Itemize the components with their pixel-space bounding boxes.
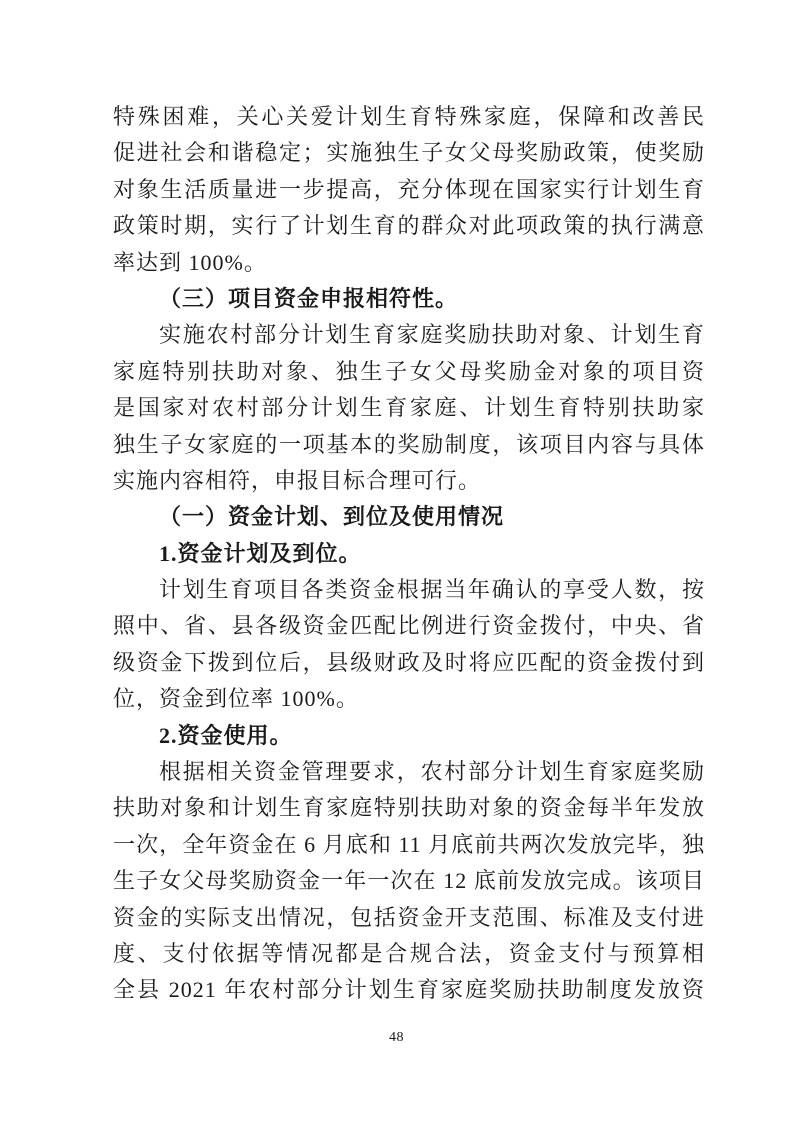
body-text-line: 根据相关资金管理要求，农村部分计划生育家庭奖励 [113,754,705,790]
body-text-line: 独生子女家庭的一项基本的奖励制度，该项目内容与具体 [113,427,705,463]
body-text-line: 家庭特别扶助对象、独生子女父母奖励金对象的项目资金， [113,354,705,390]
page-body: 特殊困难，关心关爱计划生育特殊家庭，保障和改善民生， 促进社会和谐稳定；实施独生… [113,99,705,1009]
body-text-line: 实施农村部分计划生育家庭奖励扶助对象、计划生育 [113,317,705,353]
body-text-line: 计划生育项目各类资金根据当年确认的享受人数，按 [113,572,705,608]
body-text-line: 是国家对农村部分计划生育家庭、计划生育特别扶助家庭、 [113,390,705,426]
body-text-line: 扶助对象和计划生育家庭特别扶助对象的资金每半年发放 [113,790,705,826]
body-text-line: 实施内容相符，申报目标合理可行。 [113,463,705,499]
body-text-line: 特殊困难，关心关爱计划生育特殊家庭，保障和改善民生， [113,99,705,135]
body-text-line: 对象生活质量进一步提高，充分体现在国家实行计划生育 [113,172,705,208]
body-text-line: 率达到 100%。 [113,245,705,281]
section-heading: （三）项目资金申报相符性。 [113,281,705,317]
body-text-line: 全县 2021 年农村部分计划生育家庭奖励扶助制度发放资 [113,972,705,1008]
document-page: 特殊困难，关心关爱计划生育特殊家庭，保障和改善民生， 促进社会和谐稳定；实施独生… [0,0,793,1122]
body-text-line: 促进社会和谐稳定；实施独生子女父母奖励政策，使奖励 [113,135,705,171]
body-text-line: 生子女父母奖励资金一年一次在 12 底前发放完成。该项目 [113,863,705,899]
section-heading: （一）资金计划、到位及使用情况 [113,499,705,535]
sub-heading: 2.资金使用。 [113,718,705,754]
body-text-line: 一次，全年资金在 6 月底和 11 月底前共两次发放完毕，独 [113,827,705,863]
page-number: 48 [0,1030,793,1046]
body-text-line: 度、支付依据等情况都是合规合法，资金支付与预算相符。 [113,936,705,972]
body-text-line: 资金的实际支出情况，包括资金开支范围、标准及支付进 [113,900,705,936]
sub-heading: 1.资金计划及到位。 [113,536,705,572]
body-text-line: 位，资金到位率 100%。 [113,681,705,717]
body-text-line: 政策时期，实行了计划生育的群众对此项政策的执行满意 [113,208,705,244]
body-text-line: 照中、省、县各级资金匹配比例进行资金拨付，中央、省 [113,608,705,644]
body-text-line: 级资金下拨到位后，县级财政及时将应匹配的资金拨付到 [113,645,705,681]
